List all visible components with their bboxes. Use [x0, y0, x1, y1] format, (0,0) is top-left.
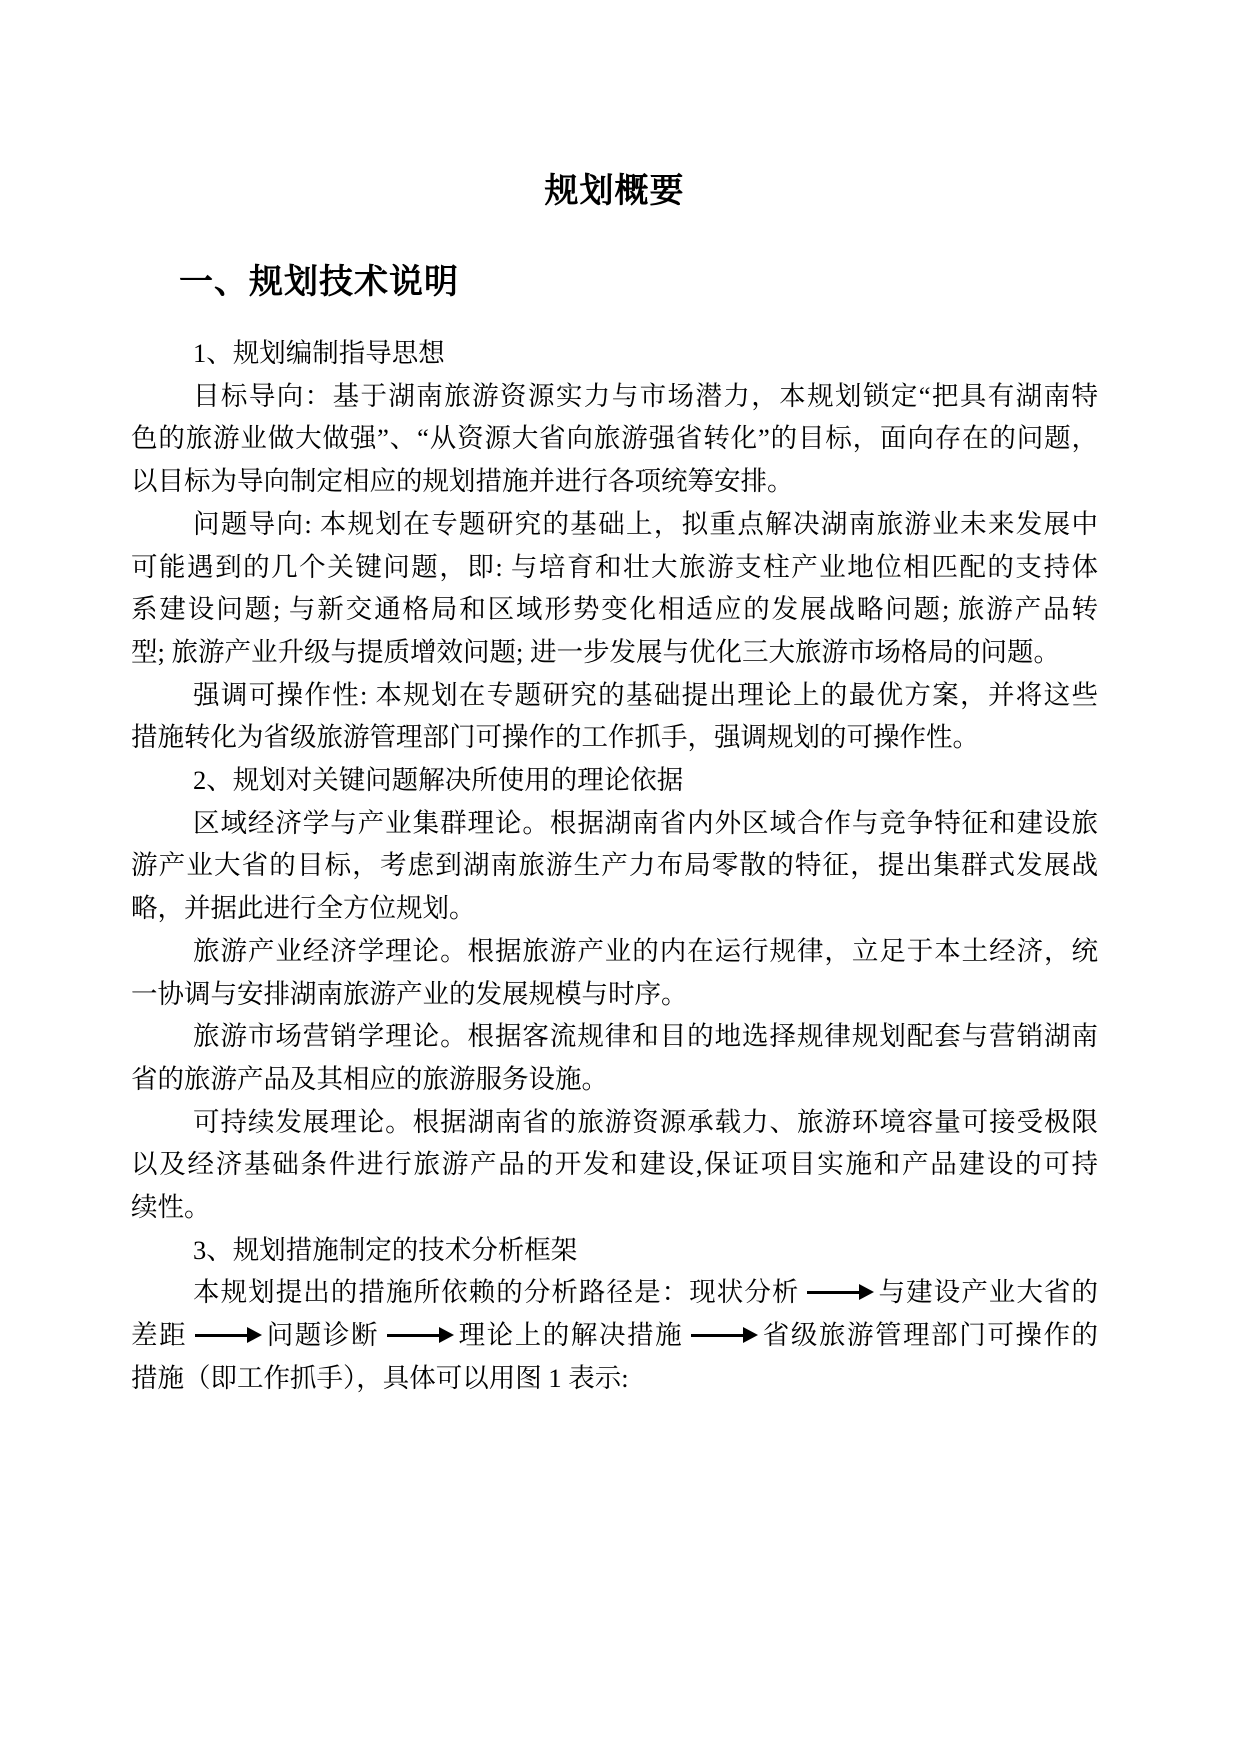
text-line: 以及经济基础条件进行旅游产品的开发和建设,保证项目实施和产品建设的可持	[131, 1143, 1098, 1186]
text-run: 3、规划措施制定的技术分析框架	[193, 1235, 577, 1265]
text-run: 以及经济基础条件进行旅游产品的开发和建设,保证项目实施和产品建设的可持	[131, 1149, 1098, 1179]
text-line: 3、规划措施制定的技术分析框架	[131, 1229, 1098, 1272]
text-line: 一协调与安排湖南旅游产业的发展规模与时序。	[131, 973, 1098, 1016]
text-line: 2、规划对关键问题解决所使用的理论依据	[131, 759, 1098, 802]
text-run: 省级旅游管理部门可操作的	[761, 1320, 1098, 1350]
text-line: 问题导向: 本规划在专题研究的基础上，拟重点解决湖南旅游业未来发展中	[131, 503, 1098, 546]
text-run: 区域经济学与产业集群理论。根据湖南省内外区域合作与竞争特征和建设旅	[193, 808, 1098, 838]
text-run: 措施（即工作抓手），具体可以用图 1 表示:	[131, 1363, 629, 1393]
text-line: 省的旅游产品及其相应的旅游服务设施。	[131, 1058, 1098, 1101]
paragraph: 目标导向：基于湖南旅游资源实力与市场潜力，本规划锁定“把具有湖南特色的旅游业做大…	[131, 375, 1098, 503]
text-line: 可能遇到的几个关键问题，即: 与培育和壮大旅游支柱产业地位相匹配的支持体	[131, 546, 1098, 589]
text-run: 色的旅游业做大做强”、“从资源大省向旅游强省转化”的目标，面向存在的问题，	[131, 423, 1098, 453]
page: 规划概要 一、规划技术说明 1、规划编制指导思想目标导向：基于湖南旅游资源实力与…	[0, 0, 1241, 1754]
text-run: 差距	[131, 1320, 187, 1350]
text-line: 旅游市场营销学理论。根据客流规律和目的地选择规律规划配套与营销湖南	[131, 1015, 1098, 1058]
text-run: 可持续发展理论。根据湖南省的旅游资源承载力、旅游环境容量可接受极限	[193, 1107, 1098, 1137]
text-run: 2、规划对关键问题解决所使用的理论依据	[193, 765, 683, 795]
text-run: 型; 旅游产业升级与提质增效问题; 进一步发展与优化三大旅游市场格局的问题。	[131, 637, 1060, 667]
text-line: 强调可操作性: 本规划在专题研究的基础提出理论上的最优方案，并将这些	[131, 674, 1098, 717]
text-line: 型; 旅游产业升级与提质增效问题; 进一步发展与优化三大旅游市场格局的问题。	[131, 631, 1098, 674]
text-run: 与建设产业大省的	[877, 1277, 1098, 1307]
text-run: 措施转化为省级旅游管理部门可操作的工作抓手，强调规划的可操作性。	[131, 722, 979, 752]
paragraph: 区域经济学与产业集群理论。根据湖南省内外区域合作与竞争特征和建设旅游产业大省的目…	[131, 802, 1098, 930]
text-run: 游产业大省的目标，考虑到湖南旅游生产力布局零散的特征，提出集群式发展战	[131, 850, 1098, 880]
text-run: 略，并据此进行全方位规划。	[131, 893, 476, 923]
text-line: 以目标为导向制定相应的规划措施并进行各项统筹安排。	[131, 460, 1098, 503]
text-run: 以目标为导向制定相应的规划措施并进行各项统筹安排。	[131, 466, 794, 496]
text-line: 可持续发展理论。根据湖南省的旅游资源承载力、旅游环境容量可接受极限	[131, 1101, 1098, 1144]
text-run: 省的旅游产品及其相应的旅游服务设施。	[131, 1064, 608, 1094]
text-run: 旅游产业经济学理论。根据旅游产业的内在运行规律，立足于本土经济，统	[193, 936, 1098, 966]
text-run: 问题诊断	[265, 1320, 379, 1350]
arrow-right-icon	[807, 1291, 859, 1294]
text-line: 目标导向：基于湖南旅游资源实力与市场潜力，本规划锁定“把具有湖南特	[131, 375, 1098, 418]
arrow-right-icon	[195, 1334, 247, 1337]
document-content: 规划概要 一、规划技术说明 1、规划编制指导思想目标导向：基于湖南旅游资源实力与…	[0, 172, 1241, 1400]
text-run: 一协调与安排湖南旅游产业的发展规模与时序。	[131, 979, 688, 1009]
paragraph: 问题导向: 本规划在专题研究的基础上，拟重点解决湖南旅游业未来发展中可能遇到的几…	[131, 503, 1098, 674]
text-line: 差距问题诊断理论上的解决措施省级旅游管理部门可操作的	[131, 1314, 1098, 1357]
paragraph: 旅游市场营销学理论。根据客流规律和目的地选择规律规划配套与营销湖南省的旅游产品及…	[131, 1015, 1098, 1100]
text-run: 系建设问题; 与新交通格局和区域形势变化相适应的发展战略问题; 旅游产品转	[131, 594, 1098, 624]
text-line: 本规划提出的措施所依赖的分析路径是：现状分析与建设产业大省的	[131, 1271, 1098, 1314]
text-run: 1、规划编制指导思想	[193, 338, 445, 368]
text-line: 措施转化为省级旅游管理部门可操作的工作抓手，强调规划的可操作性。	[131, 716, 1098, 759]
paragraph: 1、规划编制指导思想	[131, 332, 1098, 375]
text-line: 游产业大省的目标，考虑到湖南旅游生产力布局零散的特征，提出集群式发展战	[131, 844, 1098, 887]
paragraph: 强调可操作性: 本规划在专题研究的基础提出理论上的最优方案，并将这些措施转化为省…	[131, 674, 1098, 759]
text-line: 略，并据此进行全方位规划。	[131, 887, 1098, 930]
text-line: 系建设问题; 与新交通格局和区域形势变化相适应的发展战略问题; 旅游产品转	[131, 588, 1098, 631]
text-run: 理论上的解决措施	[457, 1320, 683, 1350]
paragraph: 2、规划对关键问题解决所使用的理论依据	[131, 759, 1098, 802]
paragraph: 本规划提出的措施所依赖的分析路径是：现状分析与建设产业大省的差距问题诊断理论上的…	[131, 1271, 1098, 1399]
text-line: 区域经济学与产业集群理论。根据湖南省内外区域合作与竞争特征和建设旅	[131, 802, 1098, 845]
arrow-right-icon	[691, 1334, 743, 1337]
text-line: 1、规划编制指导思想	[131, 332, 1098, 375]
text-run: 本规划提出的措施所依赖的分析路径是：现状分析	[193, 1277, 799, 1307]
paragraph: 可持续发展理论。根据湖南省的旅游资源承载力、旅游环境容量可接受极限以及经济基础条…	[131, 1101, 1098, 1229]
text-run: 旅游市场营销学理论。根据客流规律和目的地选择规律规划配套与营销湖南	[193, 1021, 1098, 1051]
text-line: 色的旅游业做大做强”、“从资源大省向旅游强省转化”的目标，面向存在的问题，	[131, 417, 1098, 460]
document-title: 规划概要	[131, 172, 1098, 212]
section-heading: 一、规划技术说明	[179, 260, 1098, 304]
paragraph: 3、规划措施制定的技术分析框架	[131, 1229, 1098, 1272]
paragraph: 旅游产业经济学理论。根据旅游产业的内在运行规律，立足于本土经济，统一协调与安排湖…	[131, 930, 1098, 1015]
text-run: 强调可操作性: 本规划在专题研究的基础提出理论上的最优方案，并将这些	[193, 680, 1098, 710]
arrow-right-icon	[387, 1334, 439, 1337]
text-line: 续性。	[131, 1186, 1098, 1229]
text-run: 问题导向: 本规划在专题研究的基础上，拟重点解决湖南旅游业未来发展中	[193, 509, 1098, 539]
text-run: 目标导向：基于湖南旅游资源实力与市场潜力，本规划锁定“把具有湖南特	[193, 381, 1098, 411]
text-line: 措施（即工作抓手），具体可以用图 1 表示:	[131, 1357, 1098, 1400]
text-run: 续性。	[131, 1192, 211, 1222]
document-body: 1、规划编制指导思想目标导向：基于湖南旅游资源实力与市场潜力，本规划锁定“把具有…	[131, 332, 1098, 1400]
text-run: 可能遇到的几个关键问题，即: 与培育和壮大旅游支柱产业地位相匹配的支持体	[131, 552, 1098, 582]
text-line: 旅游产业经济学理论。根据旅游产业的内在运行规律，立足于本土经济，统	[131, 930, 1098, 973]
